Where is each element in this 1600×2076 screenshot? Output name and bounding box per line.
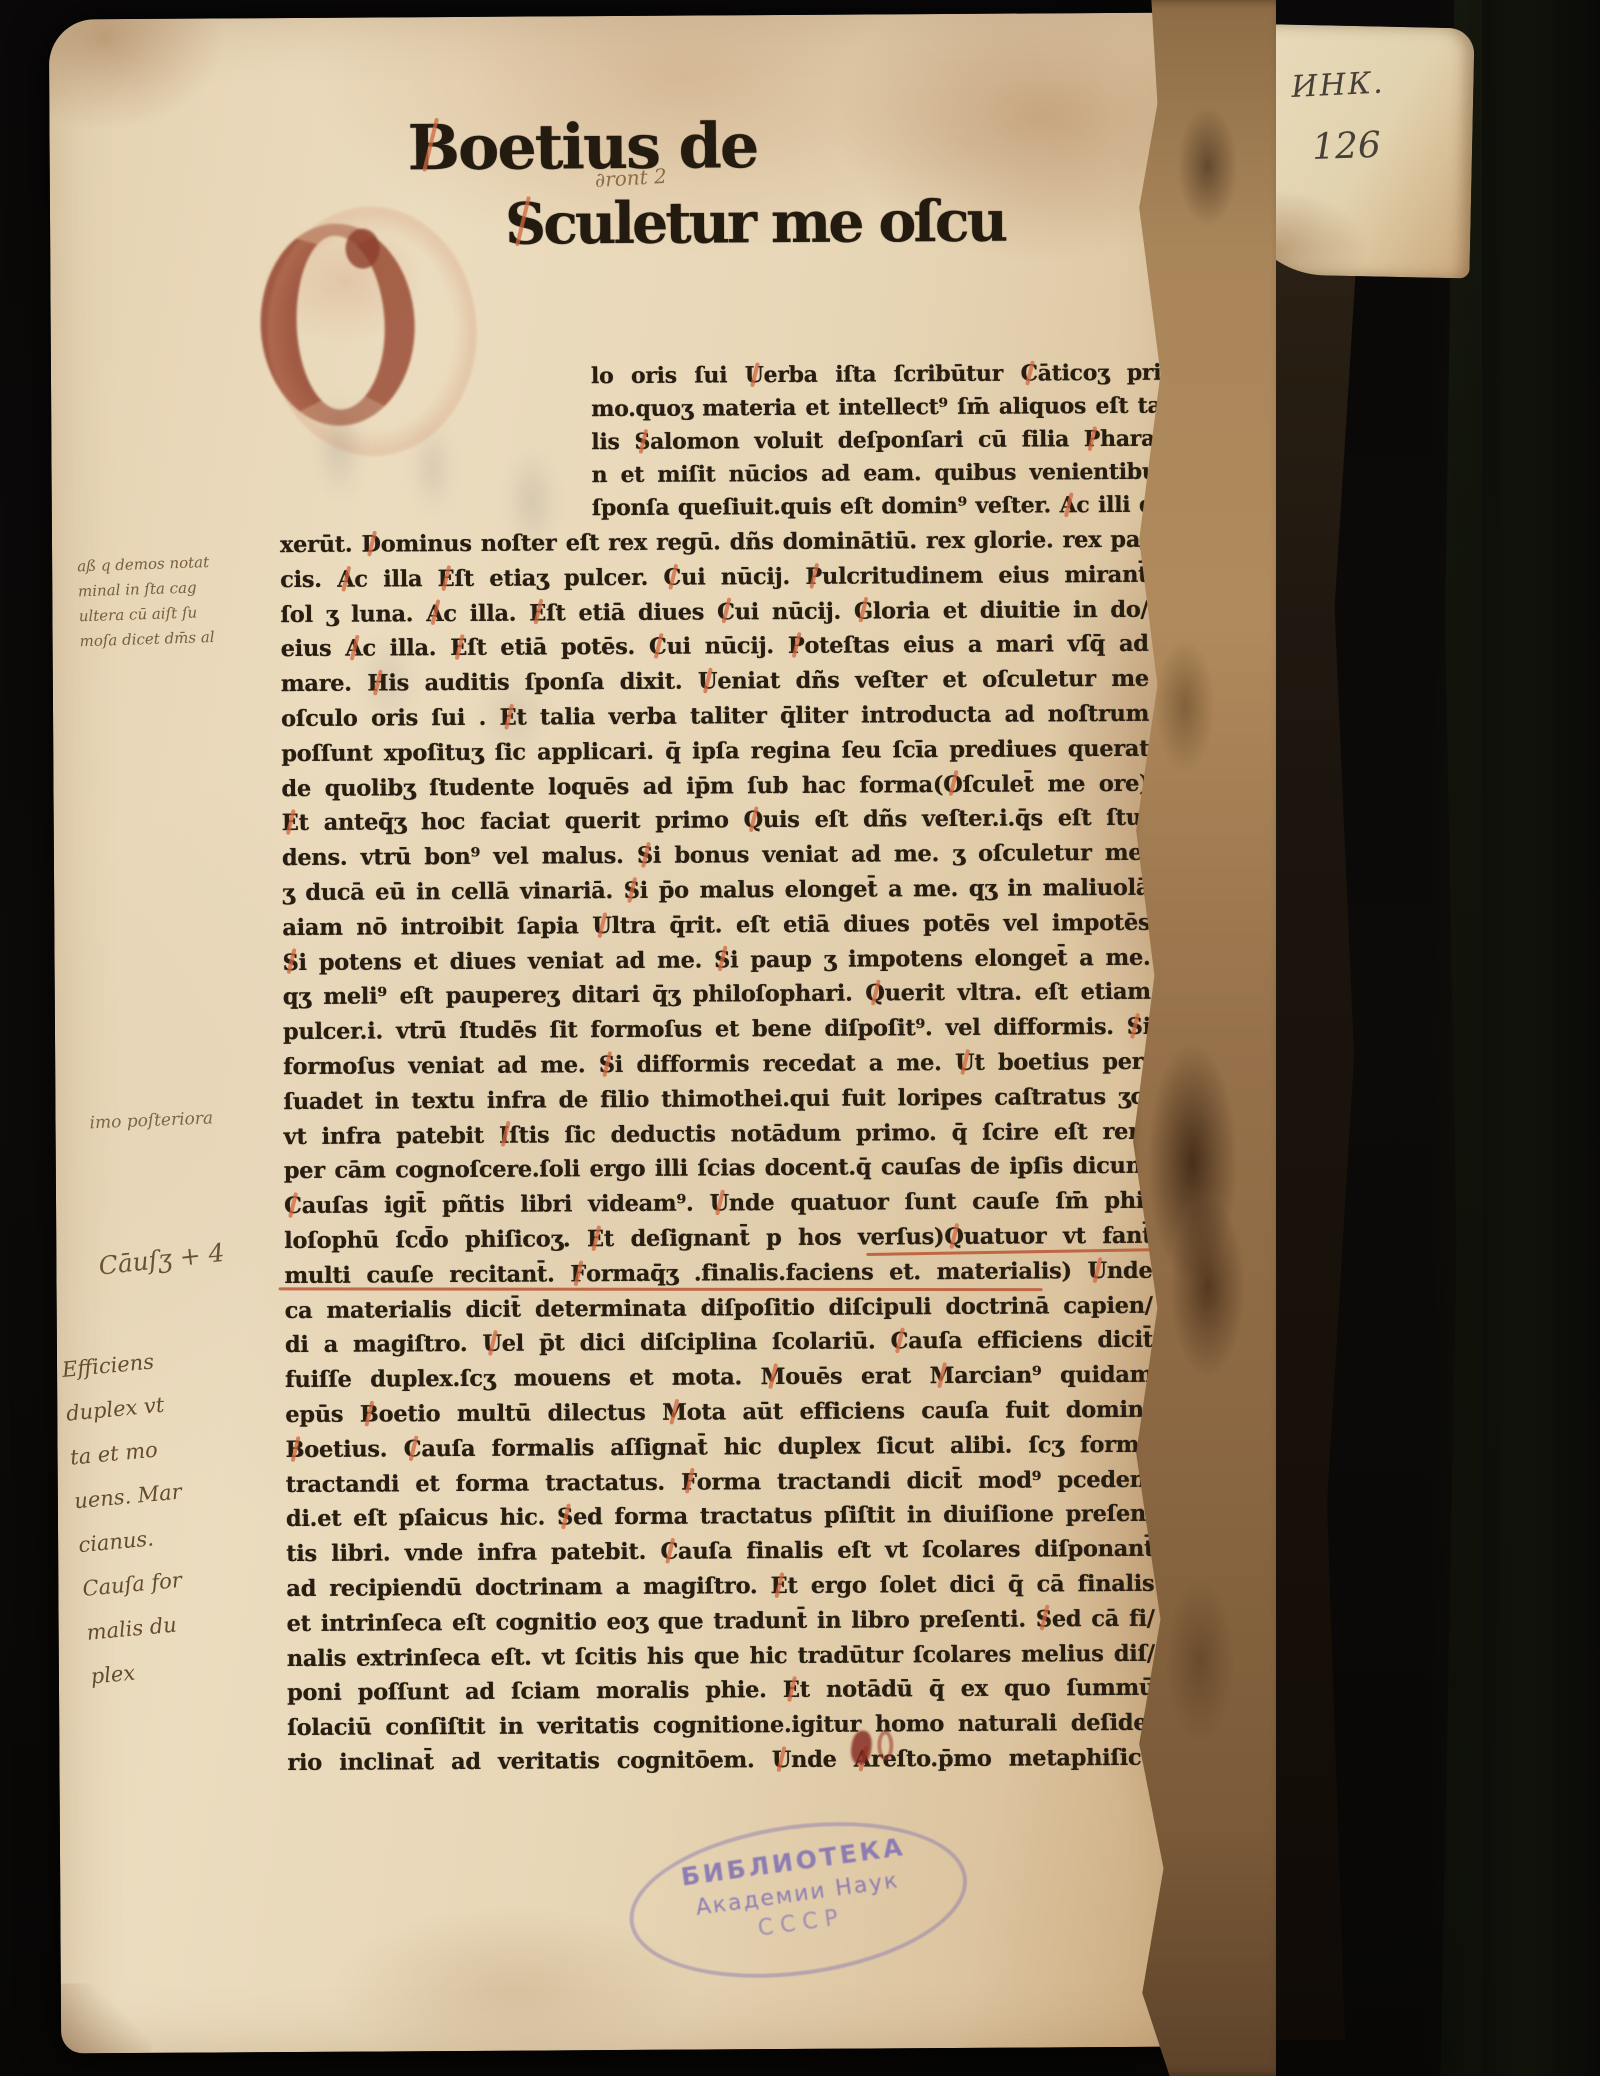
text-line: per cām cognoſcere.ſoli ergo illi ſcias … xyxy=(284,1149,1152,1189)
text-line: formoſus veniat ad me. Si difformis rece… xyxy=(283,1045,1151,1085)
text-line: mo.quoʒ materia et intellect⁹ ſm̄ aliquo… xyxy=(591,390,1169,427)
text-line: Cauſas igit̄ pñtis libri videam⁹. Unde q… xyxy=(284,1184,1152,1224)
text-line: lo oris ſui Uerba iſta ſcribūtur Cāticoʒ… xyxy=(591,357,1169,394)
text-line: pulcer.i. vtrū ſtudēs ſit formoſus et be… xyxy=(283,1010,1151,1050)
text-line: nalis extrinſeca eſt. vt ſcitis his que … xyxy=(287,1636,1155,1676)
text-line: ſolaciū conſiſtit in veritatis cognition… xyxy=(287,1706,1155,1746)
text-line: n et miſit nūcios ad eam. quibus venient… xyxy=(591,456,1169,493)
text-line: poni poſſunt ad ſciam moralis phie. Et n… xyxy=(287,1671,1155,1711)
marginalia-mid-gloss: imo poſteriora xyxy=(89,1108,213,1133)
text-line: Boetius. Cauſa formalis aſſignat̄ hic du… xyxy=(285,1427,1153,1467)
red-ink-ring xyxy=(877,1730,893,1760)
text-line: qʒ meli⁹ eſt paupereʒ ditari q̄ʒ philoſo… xyxy=(283,975,1151,1015)
text-line: di a magiſtro. Uel p̄t dici diſciplina ſ… xyxy=(285,1323,1153,1363)
text-line: tis libri. vnde infra patebit. Cauſa fin… xyxy=(286,1532,1154,1572)
text-line: ſol ʒ luna. Ac illa. Eſt etiā diues Cui … xyxy=(280,592,1148,632)
text-line: mare. His auditis ſponſa dixit. Ueniat d… xyxy=(281,662,1149,702)
text-line: cis. Ac illa Eſt etiaʒ pulcer. Cui nūcij… xyxy=(280,558,1148,598)
text-line: lis Salomon voluit deſponſari cū filia P… xyxy=(591,423,1169,460)
catalog-mark-abbrev: ИНК. xyxy=(1291,65,1386,105)
text-line: ſponſa queſiuit.quis eſt domin⁹ veſter. … xyxy=(592,489,1170,526)
text-line: eius Ac illa. Eſt etiā potēs. Cui nūcij.… xyxy=(281,627,1149,667)
text-line: ʒ ducā eū in cellā vinariā. Si p̄o malus… xyxy=(282,871,1150,911)
text-line: ad recipiendū doctrinam a magiſtro. Et e… xyxy=(286,1567,1154,1607)
text-line: rio inclinat̄ ad veritatis cognitōem. Un… xyxy=(287,1741,1155,1781)
text-line: aiam nō introibit ſapia Ultra q̄rit. eſt… xyxy=(282,906,1150,946)
marginalia-block: Efficiensduplex vtta et mouens. Marcianu… xyxy=(60,1327,322,1699)
text-line: oſculo oris ſui . Et talia verba taliter… xyxy=(281,697,1149,737)
text-line: de quolibʒ ſtudente loquēs ad ip̄m ſub h… xyxy=(281,766,1149,806)
text-line: tractandi et forma tractatus. Forma trac… xyxy=(286,1462,1154,1502)
text-line: fuiſſe duplex.ſcʒ mouens et mota. Mouēs … xyxy=(285,1358,1153,1398)
text-line: loſophū ſcd̄o phiſicoʒ. Et deſignant̄ p … xyxy=(284,1219,1152,1259)
page-corner-fold xyxy=(61,1983,151,2054)
text-line: dens. vtrū bon⁹ vel malus. Si bonus veni… xyxy=(282,836,1150,876)
marginalia-cross-note: Cāuſʒ + 4 xyxy=(97,1238,226,1281)
text-line: ſuadet in textu infra de filio thimothei… xyxy=(283,1080,1151,1120)
text-line: epūs Boetio multū dilectus Mota aūt effi… xyxy=(285,1393,1153,1433)
text-line: Et anteq̄ʒ hoc faciat querit primo Quis … xyxy=(282,801,1150,841)
text-line: ca materialis dicit̄ determinata diſpoſi… xyxy=(285,1288,1153,1328)
text-line: multi cauſe recitant̄. Formaq̄ʒ .finalis… xyxy=(284,1253,1152,1293)
text-line: Si potens et diues veniat ad me. Si paup… xyxy=(282,940,1150,980)
photo-backdrop: Boetius de ∂ront 2 Sculetur me oſcu O lo… xyxy=(0,0,1600,2076)
text-line: et intrinſeca eſt cognitio eoʒ que tradu… xyxy=(286,1601,1154,1641)
page-title-line-1: Boetius de xyxy=(407,109,757,184)
book-page: Boetius de ∂ront 2 Sculetur me oſcu O lo… xyxy=(49,13,1193,2054)
text-line: di.et eſt pſaicus hic. Sed forma tractat… xyxy=(286,1497,1154,1537)
page-title-line-2: Sculetur me oſcu xyxy=(505,188,1005,258)
library-stamp: БИБЛИОТЕКА Академии Наук СССР xyxy=(620,1802,977,1997)
text-line: xerūt. Dominus noſter eſt rex regū. dñs … xyxy=(280,523,1148,563)
text-line: poſſunt xpoſituʒ ſic applicari. q̄ ipſa … xyxy=(281,732,1149,772)
body-narrow-lines: lo oris ſui Uerba iſta ſcribūtur Cāticoʒ… xyxy=(591,357,1170,526)
handwritten-interlinear-gloss: ∂ront 2 xyxy=(594,164,667,192)
body-full-lines: xerūt. Dominus noſter eſt rex regū. dñs … xyxy=(280,523,1156,1781)
right-shadow xyxy=(1430,0,1600,2076)
marginalia-top-gloss: aß q demos notatminal in ſta cagultera c… xyxy=(77,547,310,654)
text-line: vt infra patebit Iſtis ſic deductis notā… xyxy=(284,1114,1152,1154)
initial-letter-value: O xyxy=(335,273,396,366)
catalog-mark-number: 126 xyxy=(1311,125,1381,168)
